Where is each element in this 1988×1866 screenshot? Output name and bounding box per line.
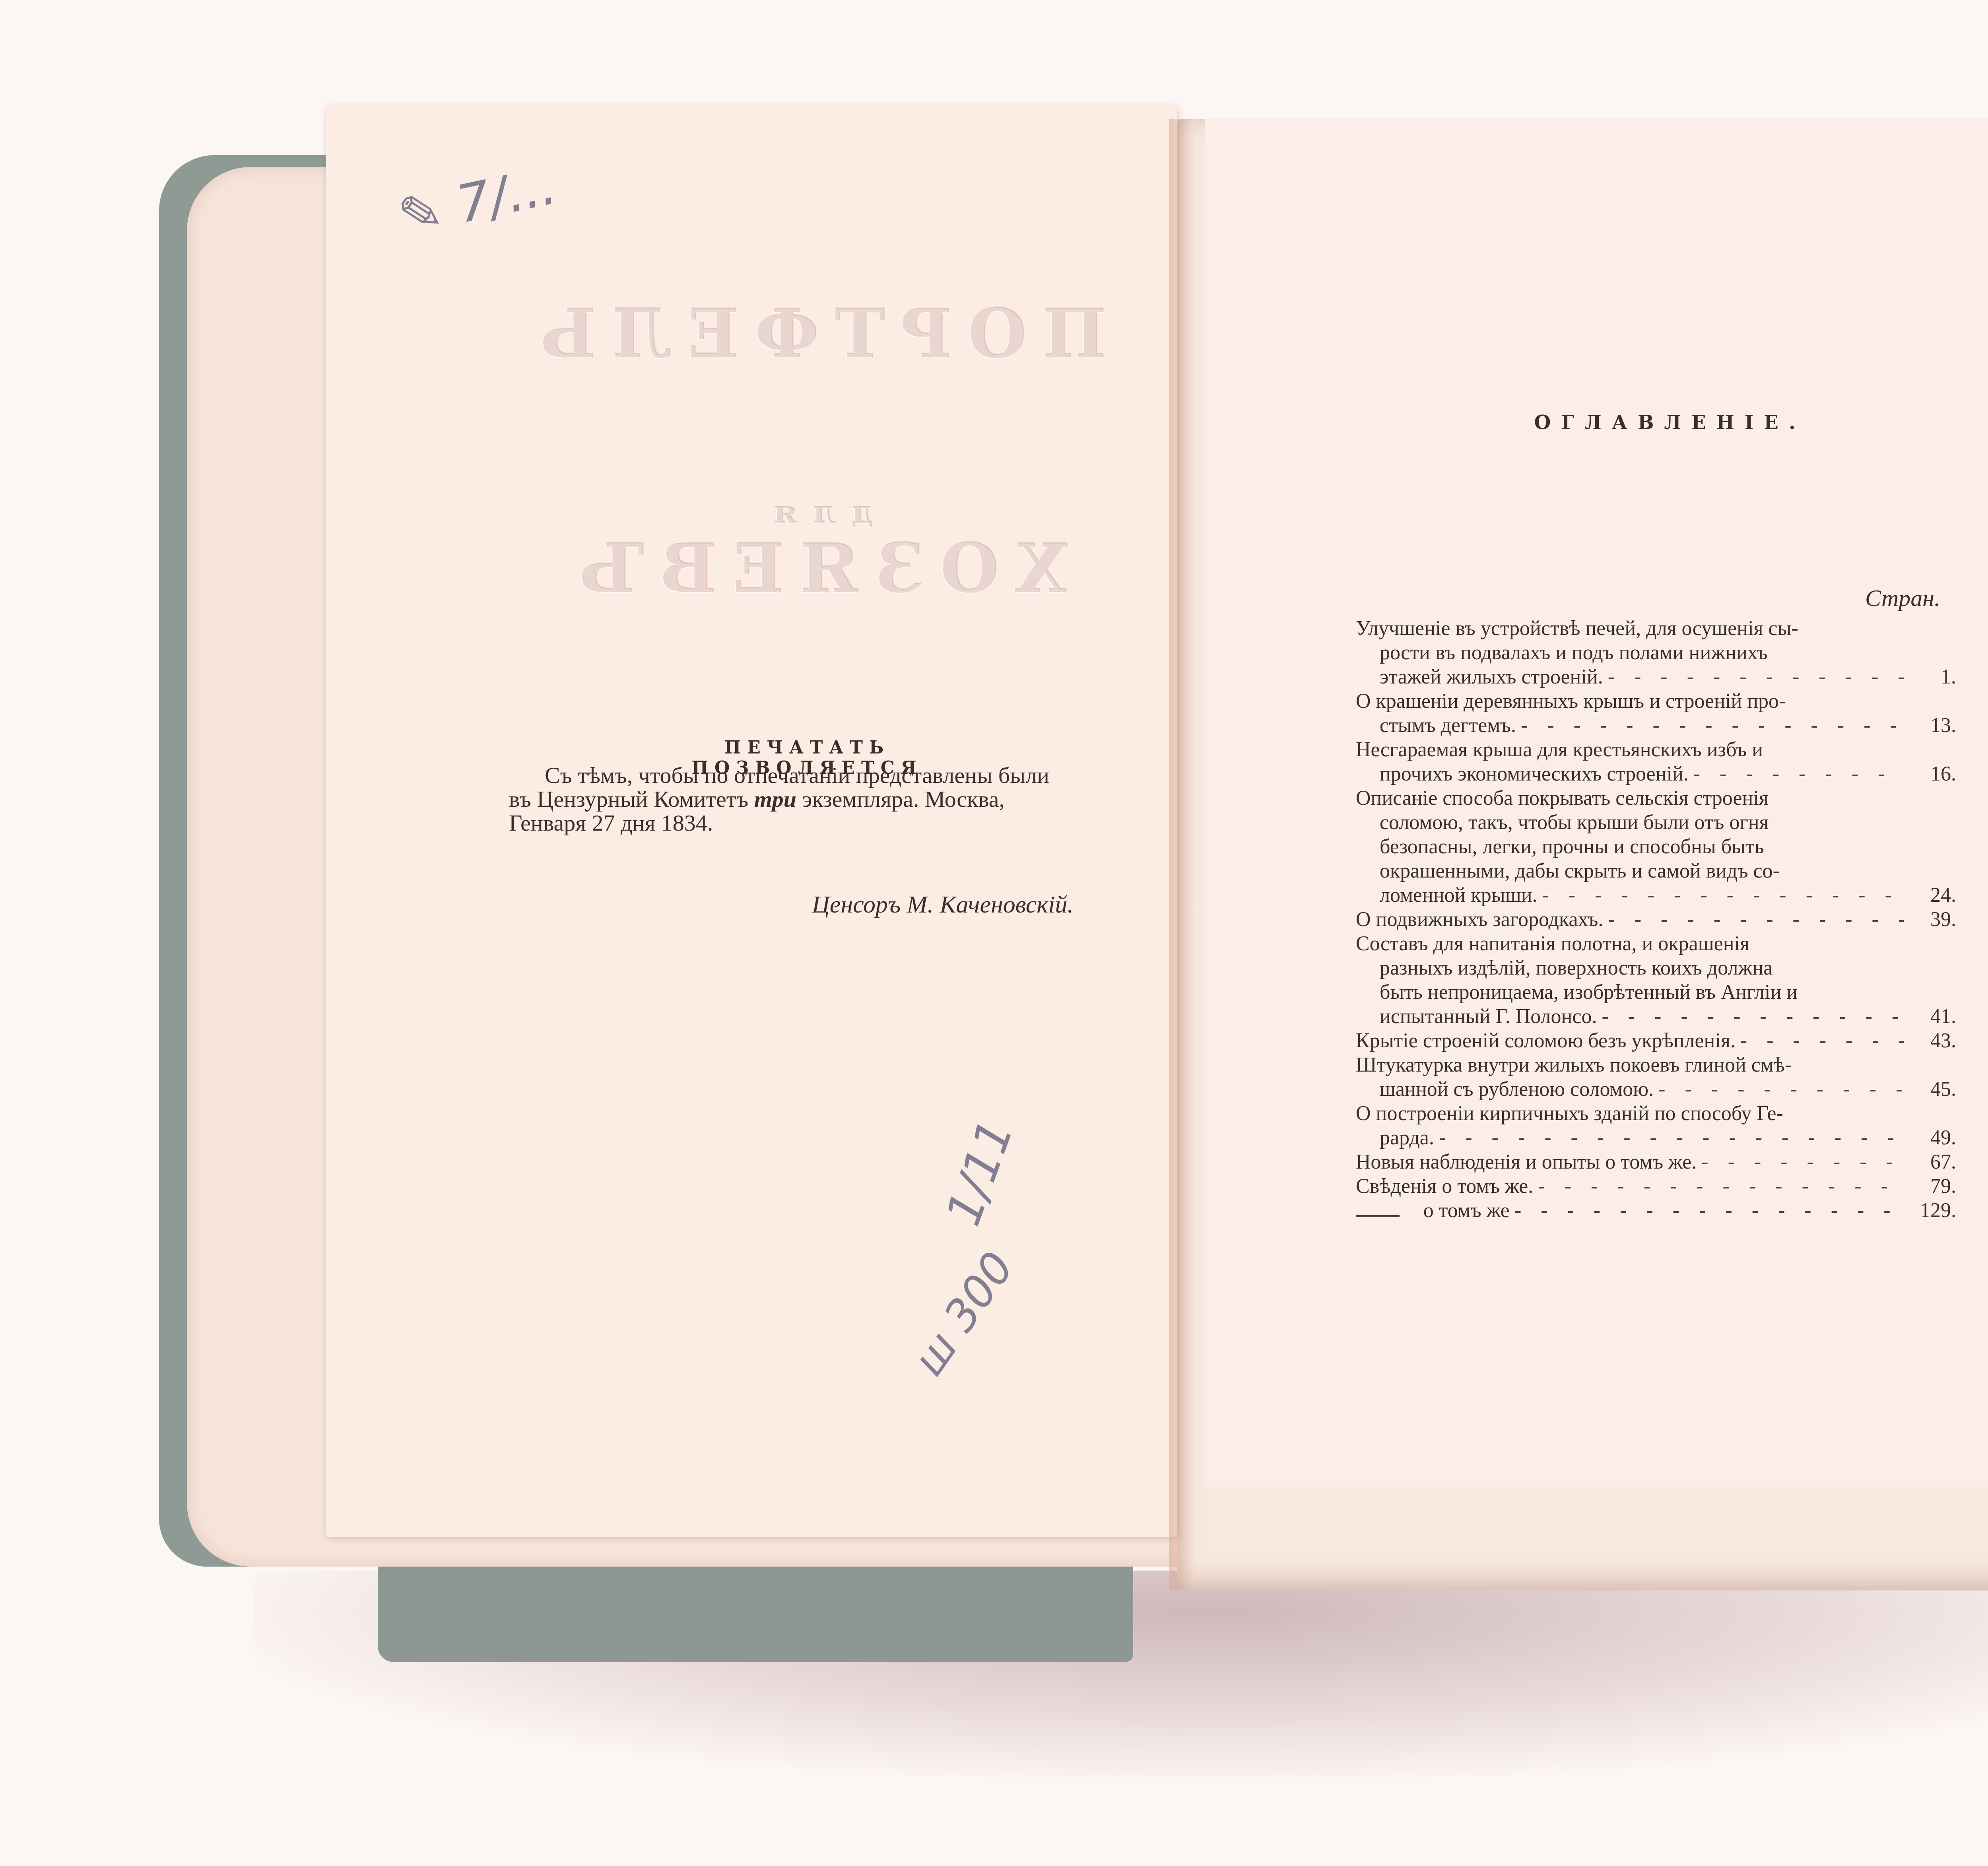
dot-leader: - - - - - - - - - - - - - - - - - - - - … — [1658, 1077, 1904, 1101]
toc-entry-line: Несгараемая крыша для крестьянскихъ избъ… — [1356, 738, 1912, 762]
toc-entry-title: о томъ же — [1423, 1198, 1510, 1223]
dot-leader: - - - - - - - - - - - - - - - - - - - - … — [1701, 1150, 1904, 1174]
toc-entry-final-line: прочихъ экономическихъ строеній.- - - - … — [1356, 762, 1912, 786]
toc-page-number: 13. — [1908, 713, 1956, 738]
toc-title: ОГЛАВЛЕНІЕ. — [1431, 412, 1908, 434]
toc-entry: Крытіе строеній соломою безъ укрѣпленія.… — [1356, 1029, 1912, 1053]
toc-entry: Штукатурка внутри жилыхъ покоевъ глиной … — [1356, 1053, 1912, 1101]
dot-leader: - - - - - - - - - - - - - - - - - - - - … — [1514, 1198, 1904, 1223]
dot-leader: - - - - - - - - - - - - - - - - - - - - … — [1542, 883, 1904, 907]
toc-page-number: 79. — [1908, 1174, 1956, 1198]
imprimatur-line-1: Съ тѣмъ, чтобы по отпечатаніи представле… — [509, 763, 1077, 787]
toc-entry-line: быть непроницаема, изобрѣтенный въ Англі… — [1356, 980, 1912, 1004]
toc-entry-title: ломенной крыши. — [1380, 883, 1538, 907]
toc-entry-title: стымъ дегтемъ. — [1380, 713, 1516, 738]
toc-entry-title: рарда. — [1380, 1126, 1434, 1150]
toc-page-number: 49. — [1908, 1126, 1956, 1150]
toc-entry-final-line: Новыя наблюденія и опыты о томъ же.- - -… — [1356, 1150, 1912, 1174]
toc-page-number: 43. — [1908, 1029, 1956, 1053]
toc-entry-line: О крашеніи деревянныхъ крышъ и строеній … — [1356, 689, 1912, 713]
dot-leader: - - - - - - - - - - - - - - - - - - - - … — [1521, 713, 1904, 738]
toc-entry: О построеніи кирпичныхъ зданій по способ… — [1356, 1101, 1912, 1150]
table-of-contents: Улучшеніе въ устройствѣ печей, для осуше… — [1356, 616, 1912, 1223]
page-column-label: Стран. — [1813, 584, 1940, 612]
toc-entry-line: Составъ для напитанія полотна, и окрашен… — [1356, 932, 1912, 956]
toc-entry-title: этажей жилыхъ строеній. — [1380, 665, 1603, 689]
toc-entry-final-line: рарда.- - - - - - - - - - - - - - - - - … — [1356, 1126, 1912, 1150]
toc-page-number: 41. — [1908, 1004, 1956, 1029]
emboss-title-line-3: ХОЗЯЕВЪ — [517, 529, 1113, 608]
toc-entry-final-line: стымъ дегтемъ.- - - - - - - - - - - - - … — [1356, 713, 1912, 738]
toc-entry-title: О подвижныхъ загородкахъ. — [1356, 907, 1603, 932]
dot-leader: - - - - - - - - - - - - - - - - - - - - … — [1608, 665, 1904, 689]
toc-entry-line: О построеніи кирпичныхъ зданій по способ… — [1356, 1101, 1912, 1126]
toc-entry: Составъ для напитанія полотна, и окрашен… — [1356, 932, 1912, 1029]
imprimatur-line-2a: въ Цензурный Комитетъ — [509, 786, 754, 812]
toc-entry-line: безопасны, легки, прочны и способны быть — [1356, 835, 1912, 859]
imprimatur-line-2: въ Цензурный Комитетъ три экземпляра. Мо… — [509, 787, 1077, 811]
toc-entry-title: испытанный Г. Полонсо. — [1380, 1004, 1597, 1029]
censor-signature: Ценсоръ М. Каченовскій. — [676, 891, 1074, 919]
toc-entry-line: Штукатурка внутри жилыхъ покоевъ глиной … — [1356, 1053, 1912, 1077]
imprimatur-copies-count: три — [754, 786, 796, 812]
toc-entry: Несгараемая крыша для крестьянскихъ избъ… — [1356, 738, 1912, 786]
toc-page-number: 16. — [1908, 762, 1956, 786]
imprimatur-text: Съ тѣмъ, чтобы по отпечатаніи представле… — [509, 763, 1077, 835]
toc-entry-title: Крытіе строеній соломою безъ укрѣпленія. — [1356, 1029, 1736, 1053]
toc-page-number: 39. — [1908, 907, 1956, 932]
toc-entry-line: разныхъ издѣлій, поверхность коихъ должн… — [1356, 956, 1912, 980]
imprimatur-line-2b: экземпляра. Москва, — [796, 786, 1005, 812]
toc-entry-line: Улучшеніе въ устройствѣ печей, для осуше… — [1356, 616, 1912, 641]
toc-page-number: 45. — [1908, 1077, 1956, 1101]
ditto-dash — [1356, 1215, 1400, 1217]
toc-entry-title: Новыя наблюденія и опыты о томъ же. — [1356, 1150, 1697, 1174]
toc-entry: Новыя наблюденія и опыты о томъ же.- - -… — [1356, 1150, 1912, 1174]
book-gutter — [1169, 119, 1193, 1590]
toc-entry-title: шанной съ рубленою соломою. — [1380, 1077, 1654, 1101]
toc-entry: о томъ же- - - - - - - - - - - - - - - -… — [1356, 1198, 1912, 1223]
toc-page-number: 24. — [1908, 883, 1956, 907]
emboss-title-line-2: для — [517, 493, 1113, 530]
toc-entry-final-line: о томъ же- - - - - - - - - - - - - - - -… — [1356, 1198, 1912, 1223]
imprimatur-line-3: Генваря 27 дня 1834. — [509, 811, 1077, 835]
toc-page-number: 67. — [1908, 1150, 1956, 1174]
dot-leader: - - - - - - - - - - - - - - - - - - - - … — [1602, 1004, 1904, 1029]
toc-page-number: 129. — [1908, 1198, 1956, 1223]
toc-entry: О подвижныхъ загородкахъ.- - - - - - - -… — [1356, 907, 1912, 932]
toc-entry-final-line: О подвижныхъ загородкахъ.- - - - - - - -… — [1356, 907, 1912, 932]
dot-leader: - - - - - - - - - - - - - - - - - - - - … — [1740, 1029, 1904, 1053]
toc-entry-line: окрашенными, дабы скрыть и самой видъ со… — [1356, 859, 1912, 883]
toc-entry-title: прочихъ экономическихъ строеній. — [1380, 762, 1689, 786]
dot-leader: - - - - - - - - - - - - - - - - - - - - … — [1439, 1126, 1904, 1150]
toc-entry-final-line: Свѣденія о томъ же.- - - - - - - - - - -… — [1356, 1174, 1912, 1198]
toc-entry-line: рости въ подвалахъ и подъ полами нижнихъ — [1356, 641, 1912, 665]
toc-entry-final-line: испытанный Г. Полонсо.- - - - - - - - - … — [1356, 1004, 1912, 1029]
toc-entry: О крашеніи деревянныхъ крышъ и строеній … — [1356, 689, 1912, 738]
dot-leader: - - - - - - - - - - - - - - - - - - - - … — [1608, 907, 1904, 932]
toc-entry-final-line: Крытіе строеній соломою безъ укрѣпленія.… — [1356, 1029, 1912, 1053]
toc-entry: Описаніе способа покрывать сельскія стро… — [1356, 786, 1912, 907]
toc-entry: Свѣденія о томъ же.- - - - - - - - - - -… — [1356, 1174, 1912, 1198]
toc-entry-line: соломою, такъ, чтобы крыши были отъ огня — [1356, 810, 1912, 835]
toc-page-number: 1. — [1908, 665, 1956, 689]
toc-entry-final-line: шанной съ рубленою соломою.- - - - - - -… — [1356, 1077, 1912, 1101]
dot-leader: - - - - - - - - - - - - - - - - - - - - … — [1538, 1174, 1904, 1198]
toc-entry-final-line: этажей жилыхъ строеній.- - - - - - - - -… — [1356, 665, 1912, 689]
toc-entry-line: Описаніе способа покрывать сельскія стро… — [1356, 786, 1912, 810]
emboss-title-line-1: ПОРТФЕЛЬ — [517, 294, 1113, 374]
dot-leader: - - - - - - - - - - - - - - - - - - - - … — [1693, 762, 1904, 786]
toc-entry-title: Свѣденія о томъ же. — [1356, 1174, 1533, 1198]
toc-entry: Улучшеніе въ устройствѣ печей, для осуше… — [1356, 616, 1912, 689]
toc-entry-final-line: ломенной крыши.- - - - - - - - - - - - -… — [1356, 883, 1912, 907]
